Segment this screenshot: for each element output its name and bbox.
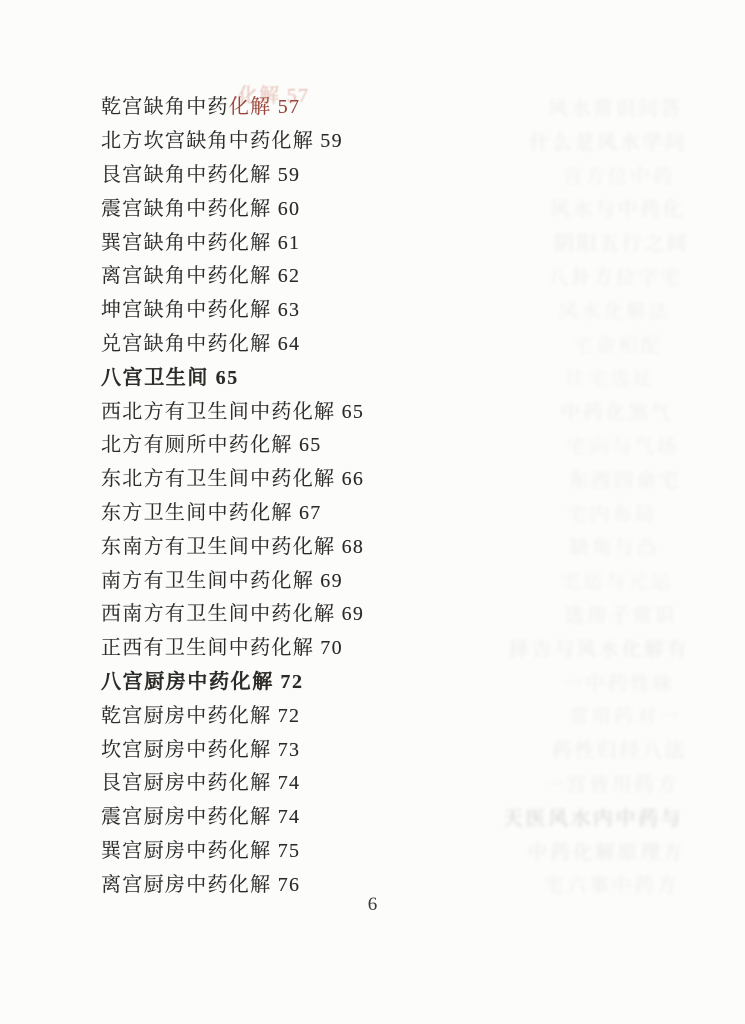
toc-entry: 坤宫缺角中药化解 63: [101, 291, 364, 325]
toc-entry: 西北方有卫生间中药化解 65: [101, 392, 364, 426]
toc-entry-red-text: 化解 57化解 57: [229, 90, 301, 119]
toc-section-heading: 八宫卫生间 65: [101, 358, 364, 392]
bleedthrough-line: 择吉与风水化解有: [509, 633, 689, 662]
bleedthrough-line: 宅向与气场: [567, 430, 680, 459]
bleedthrough-line: 选房子常识: [565, 599, 678, 628]
bleedthrough-line: 阴阳五行之间: [554, 227, 689, 256]
bleedthrough-line: 中药化解原理方: [528, 836, 686, 865]
red-ghost-text: 化解 57: [238, 79, 310, 108]
toc-entry: 东北方有卫生间中药化解 66: [101, 460, 364, 494]
document-page: 风水常识问答什么是风水学问宫方位中药风水与中药化阴阳五行之间八卦方位字宅风水化解…: [0, 0, 745, 1024]
toc-entry: 震宫厨房中药化解 74: [101, 798, 364, 832]
toc-entry: 正西有卫生间中药化解 70: [101, 629, 364, 663]
bleedthrough-line: 宫方位中药: [563, 160, 676, 189]
bleedthrough-line: 常用药对一: [569, 700, 682, 729]
bleedthrough-line: 宅运与元运: [561, 565, 674, 594]
bleedthrough-line: 什么是风水学问: [530, 126, 688, 155]
bleedthrough-line: 一中药性味: [563, 667, 676, 696]
bleedthrough-line: 宅内布局: [567, 498, 657, 527]
toc-entry: 北方坎宫缺角中药化解 59: [101, 122, 364, 156]
toc-entry: 西南方有卫生间中药化解 69: [101, 595, 364, 629]
bleedthrough-line: 一宫皆用药方: [544, 768, 679, 797]
toc-entry-text: 乾宫缺角中药: [101, 90, 229, 119]
toc-entry: 巽宫缺角中药化解 61: [101, 223, 364, 257]
bleedthrough-line: 东西四命宅: [569, 464, 682, 493]
bleedthrough-line: 风水常识问答: [548, 92, 683, 121]
page-number: 6: [0, 894, 745, 916]
toc-entry: 乾宫厨房中药化解 72: [101, 696, 364, 730]
bleedthrough-line: 天医风水内中药与: [503, 802, 683, 831]
toc-entry: 坎宫厨房中药化解 73: [101, 730, 364, 764]
bleedthrough-line: 住宅选址: [565, 362, 655, 391]
bleedthrough-line: 缺角与凸: [569, 531, 659, 560]
toc-section-heading: 八宫厨房中药化解 72: [101, 663, 364, 697]
bleedthrough-line: 药性归经八法: [552, 734, 687, 763]
toc-entry: 兑宫缺角中药化解 64: [101, 325, 364, 359]
bleedthrough-line: 风水与中药化: [550, 193, 685, 222]
toc-entry: 艮宫缺角中药化解 59: [101, 156, 364, 190]
toc-entry: 震宫缺角中药化解 60: [101, 189, 364, 223]
toc-entry: 东方卫生间中药化解 67: [101, 494, 364, 528]
table-of-contents: 乾宫缺角中药化解 57化解 57北方坎宫缺角中药化解 59艮宫缺角中药化解 59…: [101, 88, 364, 899]
toc-entry: 巽宫厨房中药化解 75: [101, 832, 364, 866]
bleedthrough-line: 中药化煞气: [561, 396, 674, 425]
toc-entry: 艮宫厨房中药化解 74: [101, 764, 364, 798]
toc-entry: 南方有卫生间中药化解 69: [101, 561, 364, 595]
toc-entry: 东南方有卫生间中药化解 68: [101, 527, 364, 561]
toc-entry: 北方有厕所中药化解 65: [101, 426, 364, 460]
toc-entry: 乾宫缺角中药化解 57化解 57: [101, 88, 364, 122]
toc-entry: 离宫缺角中药化解 62: [101, 257, 364, 291]
bleedthrough-line: 宅命相配: [573, 329, 663, 358]
bleedthrough-line: 风水化解法: [559, 295, 672, 324]
bleedthrough-line: 八卦方位字宅: [548, 261, 683, 290]
